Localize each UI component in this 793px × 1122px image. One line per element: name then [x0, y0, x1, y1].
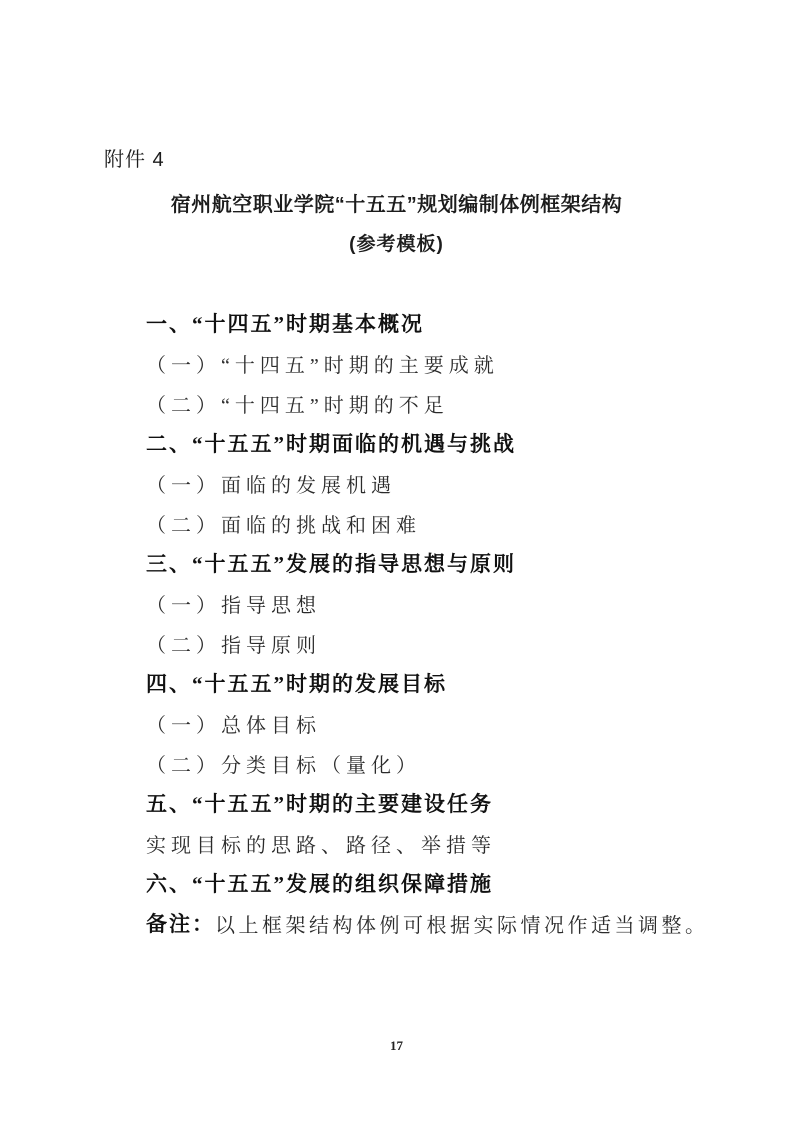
outline-item-heading: 五、“十五五”时期的主要建设任务: [146, 783, 733, 823]
document-title: 宿州航空职业学院“十五五”规划编制体例框架结构: [0, 192, 793, 218]
outline-item-heading: 三、“十五五”发展的指导思想与原则: [146, 543, 733, 583]
outline-item-heading: 二、“十五五”时期面临的机遇与挑战: [146, 423, 733, 463]
outline-item-note: 备注：以上框架结构体例可根据实际情况作适当调整。: [146, 903, 733, 943]
page-footer: 17: [0, 1037, 793, 1055]
outline-item-sub: （二）“十四五”时期的不足: [146, 383, 733, 423]
note-text: 以上框架结构体例可根据实际情况作适当调整。: [215, 909, 709, 938]
outline-item-heading: 六、“十五五”发展的组织保障措施: [146, 863, 733, 903]
outline-item-sub: （二）分类目标（量化）: [146, 743, 733, 783]
page-number: 17: [390, 1038, 403, 1053]
outline-item-heading: 四、“十五五”时期的发展目标: [146, 663, 733, 703]
outline-item-sub: （一）面临的发展机遇: [146, 463, 733, 503]
outline-list: 一、“十四五”时期基本概况（一）“十四五”时期的主要成就（二）“十四五”时期的不…: [146, 303, 733, 943]
outline-item-sub: （一）总体目标: [146, 703, 733, 743]
outline-item-sub: （一）指导思想: [146, 583, 733, 623]
outline-item-sub: （二）面临的挑战和困难: [146, 503, 733, 543]
outline-item-sub: （一）“十四五”时期的主要成就: [146, 343, 733, 383]
note-label: 备注：: [146, 908, 215, 938]
outline-item-body: 实现目标的思路、路径、举措等: [146, 823, 733, 863]
outline-item-heading: 一、“十四五”时期基本概况: [146, 303, 733, 343]
outline-item-sub: （二）指导原则: [146, 623, 733, 663]
attachment-label: 附件 4: [104, 147, 165, 173]
document-page: 附件 4 宿州航空职业学院“十五五”规划编制体例框架结构 (参考模板) 一、“十…: [0, 0, 793, 1122]
document-subtitle: (参考模板): [0, 232, 793, 258]
